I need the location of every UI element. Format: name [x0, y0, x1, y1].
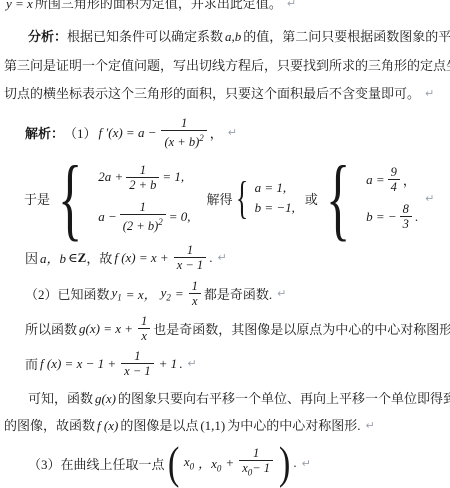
vars-ab: a，b — [40, 248, 66, 267]
denominator-exponent: 2 — [199, 133, 204, 143]
fraction-numerator: 1 — [184, 243, 196, 257]
analysis-text1: 根据已知条件可以确定系数 — [67, 27, 223, 46]
y1-eq: = x， — [126, 284, 157, 303]
return-mark-icon: ↵ — [217, 251, 226, 264]
fraction-numerator: 1 — [178, 116, 190, 130]
top-clipped-line: y = x 所围三角形的面积为定值，并求出此定值。 ↵ — [0, 0, 450, 13]
point-comma-x0: ，x0 — [198, 453, 221, 474]
equation-2: a − 1 (2 + b)2 = 0, — [98, 200, 190, 233]
analysis-line2-text: 第三问是证明一个定值问题，写出切线方程后，只要找到所求的三角形的定点坐标就可以用 — [4, 56, 450, 75]
solution-label: 解析： — [25, 123, 64, 142]
conclusion-text4: 的图像是以点 — [120, 416, 198, 435]
so-text: ，故 — [86, 248, 112, 267]
return-mark-icon: ↵ — [287, 0, 296, 13]
conclusion-line2: 的图像，故函数 f (x) 的图像是以点 (1,1) 为中心的中心对称图形. ↵ — [0, 416, 450, 435]
point-fraction: 1 x0− 1 — [239, 446, 273, 480]
solve-label: 解得 — [207, 189, 233, 208]
part3-line: （3）在曲线上任取一点 ( x0 ，x0 + 1 x0− 1 ) . ↵ — [0, 441, 450, 485]
y1-var: y1 — [112, 285, 122, 303]
system-3: { a = 9 4 ， b = − 8 3 . — [318, 165, 420, 231]
solution-a: a = 1, — [255, 180, 295, 196]
alt-a-tail: ， — [403, 170, 416, 189]
y2-eq: = — [175, 286, 184, 302]
return-mark-icon: ↵ — [187, 357, 196, 370]
fx-rewrite-lhs: f (x) = x − 1 + — [40, 356, 116, 372]
analysis-text2: 的值，第二问只要根据函数图象的平移即可解决， — [243, 27, 450, 46]
system-2: { a = 1, b = −1, — [233, 180, 297, 216]
fraction-denominator: (2 + b)2 — [120, 214, 166, 233]
alt-a-lhs: a = — [366, 172, 385, 188]
denominator-base: (x + b) — [164, 135, 199, 149]
fx-symbol: f (x) — [97, 416, 118, 435]
integers-symbol: Z — [78, 250, 87, 266]
alt-a-fraction: 9 4 — [388, 165, 400, 194]
conclusion-text2: 的图象只要向右平移一个单位、再向上平移一个单位即得到函数 — [118, 389, 450, 408]
eq2-lhs: a − — [98, 209, 117, 225]
denominator-exponent: 2 — [158, 217, 163, 227]
line-tail: . — [293, 455, 296, 471]
var-x2: ，x — [198, 456, 217, 471]
fx-rewrite-fraction: 1 x − 1 — [121, 349, 153, 378]
fraction-numerator: 9 — [388, 165, 400, 179]
return-mark-icon: ↵ — [425, 84, 434, 103]
document-page: y = x 所围三角形的面积为定值，并求出此定值。 ↵ 分析： 根据已知条件可以… — [0, 0, 450, 488]
fx-fraction: 1 x − 1 — [174, 243, 206, 272]
conclusion-text5: 为中心的中心对称图形. — [227, 416, 360, 435]
fraction-numerator: 1 — [137, 200, 149, 214]
y2-fraction: 1 x — [189, 279, 201, 308]
derivative-tail: ， — [210, 123, 223, 142]
subscript-0: 0 — [217, 463, 222, 473]
return-mark-icon: ↵ — [302, 457, 311, 470]
fraction-denominator: (x + b)2 — [161, 130, 206, 149]
solution-b: b = −1, — [255, 200, 295, 216]
part2-text: 都是奇函数. — [204, 284, 272, 303]
fraction-denominator: x − 1 — [121, 363, 153, 378]
subscript-0: 0 — [190, 462, 195, 472]
top-line-math: y = x — [6, 0, 33, 13]
because-text: 因 — [25, 248, 38, 267]
fraction-denominator: 4 — [388, 179, 400, 194]
conclusion-text1: 可知，函数 — [28, 389, 93, 408]
fraction-denominator: x − 1 — [174, 257, 206, 272]
alt-b-fraction: 8 3 — [400, 202, 412, 231]
center-point: (1,1) — [200, 416, 225, 435]
system-1-rows: 2a + 1 2 + b = 1, a − 1 (2 + b)2 = 0, — [96, 163, 192, 233]
derivative-expression: f ′(x) = a − — [99, 125, 157, 141]
solution-derivative-line: 解析： （1） f ′(x) = a − 1 (x + b)2 ， ↵ — [0, 115, 450, 150]
alt-solution-a: a = 9 4 ， — [366, 165, 418, 194]
gx-symbol: g(x) — [95, 389, 116, 408]
eq1-fraction: 1 2 + b — [126, 163, 159, 192]
alt-b-lhs: b = − — [366, 209, 397, 225]
analysis-line1: 分析： 根据已知条件可以确定系数 a,b 的值，第二问只要根据函数图象的平移即可… — [0, 27, 450, 46]
gx-fraction: 1 x — [138, 314, 150, 343]
fraction-numerator: 1 — [138, 314, 150, 328]
fraction-denominator: 3 — [400, 216, 412, 231]
analysis-line3-text: 切点的横坐标表示这个三角形的面积，只要这个面积最后不含变量即可。 — [4, 84, 420, 103]
return-mark-icon: ↵ — [277, 287, 286, 300]
analysis-line3: 切点的横坐标表示这个三角形的面积，只要这个面积最后不含变量即可。 ↵ — [0, 84, 450, 103]
fx-rewrite-plus1: + 1 — [159, 356, 178, 372]
denominator-base: (2 + b) — [123, 219, 159, 233]
gx-odd-line: 所以函数 g(x) = x + 1 x 也是奇函数，其图像是以原点为中心的中心对… — [0, 311, 450, 346]
gx-expression: g(x) = x + — [79, 321, 133, 337]
system-lead: 于是 — [24, 189, 50, 208]
line-tail: . — [179, 356, 182, 372]
fx-expression: f (x) = x + — [114, 250, 168, 266]
return-mark-icon: ↵ — [228, 126, 237, 139]
y2-var: y2 — [161, 285, 171, 303]
fraction-numerator: 8 — [400, 202, 412, 216]
analysis-math-ab: a,b — [225, 27, 241, 46]
fraction-numerator: 1 — [250, 446, 262, 460]
point-x0: x0 — [184, 454, 194, 472]
part2-line: （2）已知函数 y1 = x， y2 = 1 x 都是奇函数. ↵ — [0, 276, 450, 311]
part2-item: （2）已知函数 — [25, 284, 110, 303]
alt-b-tail: . — [415, 209, 418, 225]
return-mark-icon: ↵ — [366, 416, 375, 435]
eq1-rhs: = 1, — [162, 169, 184, 185]
so-g-text1: 所以函数 — [25, 319, 77, 338]
or-label: 或 — [305, 189, 318, 208]
conclusion-text3: 的图像，故函数 — [4, 416, 95, 435]
fx-rewrite-text: 而 — [25, 354, 38, 373]
part3-item: （3）在曲线上任取一点 — [28, 454, 165, 473]
conclusion-line1: 可知，函数 g(x) 的图象只要向右平移一个单位、再向上平移一个单位即得到函数 … — [0, 389, 450, 408]
subscript-1: 1 — [117, 292, 122, 302]
eq2-fraction: 1 (2 + b)2 — [120, 200, 166, 233]
line-tail: . — [209, 250, 212, 266]
system-1: { 2a + 1 2 + b = 1, a − 1 (2 + b)2 — [50, 163, 193, 233]
fraction-numerator: 1 — [131, 349, 143, 363]
fraction-denominator: 2 + b — [126, 177, 159, 192]
equation-system-line: 于是 { 2a + 1 2 + b = 1, a − 1 (2 + b)2 — [0, 159, 450, 237]
eq2-rhs: = 0, — [169, 209, 191, 225]
subscript-2: 2 — [166, 292, 171, 302]
equation-1: 2a + 1 2 + b = 1, — [98, 163, 190, 192]
fraction-denominator: x0− 1 — [239, 460, 273, 480]
element-of-symbol: ∈ — [68, 250, 78, 266]
analysis-label: 分析： — [28, 27, 67, 46]
plus-sign: + — [225, 455, 234, 471]
fraction-denominator: x — [138, 328, 150, 343]
system-2-rows: a = 1, b = −1, — [255, 180, 295, 216]
top-line-text: 所围三角形的面积为定值，并求出此定值。 — [35, 0, 282, 13]
fraction-numerator: 1 — [189, 279, 201, 293]
fraction-numerator: 1 — [137, 163, 149, 177]
denominator-rest: − 1 — [252, 461, 270, 475]
so-g-text2: 也是奇函数，其图像是以原点为中心的中心对称图形. — [153, 319, 450, 338]
alt-solution-b: b = − 8 3 . — [366, 202, 418, 231]
fraction-denominator: x — [189, 293, 201, 308]
derivative-fraction: 1 (x + b)2 — [161, 116, 206, 149]
solution-item1: （1） — [64, 123, 97, 142]
analysis-line2: 第三问是证明一个定值问题，写出切线方程后，只要找到所求的三角形的定点坐标就可以用 — [0, 56, 450, 75]
system-3-rows: a = 9 4 ， b = − 8 3 . — [364, 165, 420, 231]
return-mark-icon: ↵ — [425, 192, 434, 205]
eq1-lhs: 2a + — [98, 169, 123, 185]
fx-rewrite-line: 而 f (x) = x − 1 + 1 x − 1 + 1 . ↵ — [0, 346, 450, 381]
